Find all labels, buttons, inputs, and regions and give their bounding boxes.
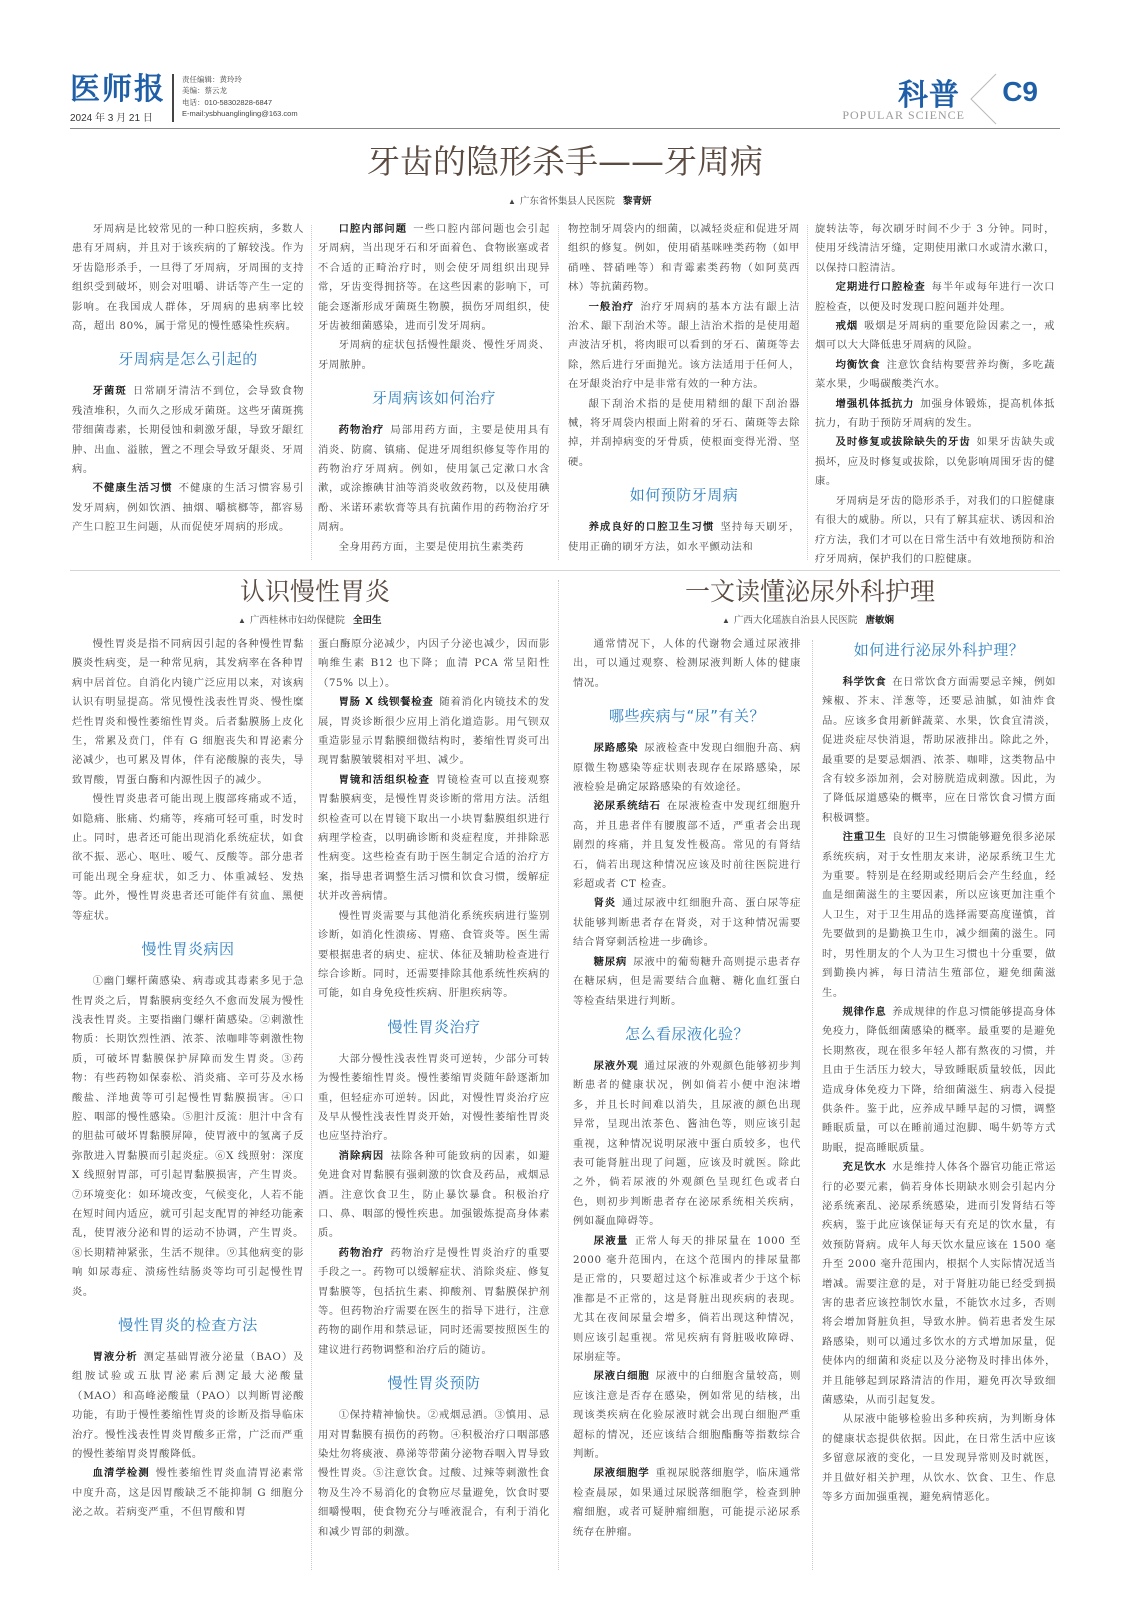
chevron-left-icon bbox=[968, 72, 998, 126]
paragraph: 药物治疗局部用药方面，主要是使用具有消炎、防腐、镇痛、促进牙周组织修复等作用的药… bbox=[318, 421, 550, 537]
paragraph: 通常情况下，人体的代谢物会通过尿液排出，可以通过观察、检测尿液判断人体的健康情况… bbox=[573, 635, 801, 693]
paragraph: 药物治疗药物治疗是慢性胃炎治疗的重要手段之一。药物可以缓解症状、消除炎症、修复胃… bbox=[318, 1244, 550, 1360]
byline-org: 广西大化瑶族自治县人民医院 bbox=[734, 615, 858, 626]
credit-phone: 电话：010-58302828-6847 bbox=[182, 97, 298, 108]
column-divider bbox=[311, 225, 312, 560]
paragraph: 胃镜和活组织检查胃镜检查可以直接观察胃黏膜病变，是慢性胃炎诊断的常用方法。活组织… bbox=[318, 771, 550, 907]
article1-column-3: 物控制牙周袋内的细菌，以减轻炎症和促进牙周组织的修复。例如，使用硝基咪唑类药物（… bbox=[568, 220, 800, 557]
paragraph: 物控制牙周袋内的细菌，以减轻炎症和促进牙周组织的修复。例如，使用硝基咪唑类药物（… bbox=[568, 220, 800, 298]
paragraph: 牙菌斑日常刷牙清洁不到位，会导致食物残渣堆积，久而久之形成牙菌斑。这些牙菌斑携带… bbox=[72, 382, 304, 479]
masthead-rule bbox=[70, 128, 1060, 129]
paragraph: ①幽门螺杆菌感染、病毒或其毒素多见于急性胃炎之后，胃黏膜病变经久不愈而发展为慢性… bbox=[72, 972, 304, 1302]
paragraph: 科学饮食在日常饮食方面需要忌辛辣，例如辣椒、芥末、洋葱等，还要忌油腻，如油炸食品… bbox=[822, 673, 1056, 828]
article-title: 认识慢性胃炎 bbox=[70, 575, 560, 609]
byline-org: 广西桂林市妇幼保健院 bbox=[250, 615, 345, 626]
column-divider bbox=[807, 225, 808, 560]
paragraph: 尿液细胞学重视尿脱落细胞学，临床通常检查晨尿，如果通过尿脱落细胞学，检查到肿瘤细… bbox=[573, 1464, 801, 1542]
paragraph: 戒烟吸烟是牙周病的重要危险因素之一，戒烟可以大大降低患牙周病的风险。 bbox=[815, 317, 1055, 356]
section-name-english: POPULAR SCIENCE bbox=[842, 108, 965, 123]
paragraph: 消除病因祛除各种可能致病的因素，如避免进食对胃黏膜有强刺激的饮食及药品，戒烟忌酒… bbox=[318, 1147, 550, 1244]
paragraph: 尿液白细胞尿液中的白细胞含量较高，则应该注意是否存在感染，例如常见的结核，出现该… bbox=[573, 1367, 801, 1464]
paragraph: 注重卫生良好的卫生习惯能够避免很多泌尿系统疾病，对于女性朋友来讲，泌尿系统卫生尤… bbox=[822, 828, 1056, 1003]
paragraph: 胃液分析测定基础胃液分泌量（BAO）及组胺试验或五肽胃泌素后测定最大泌酸量（MA… bbox=[72, 1348, 304, 1464]
paragraph: 牙周病是比较常见的一种口腔疾病，多数人患有牙周病，并且对于该疾病的了解较浅。作为… bbox=[72, 220, 304, 336]
paragraph: 规律作息养成规律的作息习惯能够提高身体免疫力，降低细菌感染的概率。最重要的是避免… bbox=[822, 1003, 1056, 1158]
credit-email[interactable]: E-mail:ysbhuanglingling@163.com bbox=[182, 108, 298, 119]
section-heading: 慢性胃炎治疗 bbox=[318, 1016, 550, 1038]
article1-column-2: 口腔内部问题一些口腔内部问题也会引起牙周病，当出现牙石和牙面着色、食物嵌塞或者不… bbox=[318, 220, 550, 557]
paragraph: 及时修复或拔除缺失的牙齿如果牙齿缺失或损坏，应及时修复或拔除，以免影响周围牙齿的… bbox=[815, 433, 1055, 491]
page-number: C9 bbox=[1002, 76, 1038, 108]
column-divider bbox=[311, 640, 312, 1570]
paragraph: 增强机体抵抗力加强身体锻炼，提高机体抵抗力，有助于预防牙周病的发生。 bbox=[815, 395, 1055, 434]
section-heading: 如何预防牙周病 bbox=[568, 484, 800, 506]
paragraph: 口腔内部问题一些口腔内部问题也会引起牙周病，当出现牙石和牙面着色、食物嵌塞或者不… bbox=[318, 220, 550, 336]
section-heading: 如何进行泌尿外科护理？ bbox=[822, 639, 1056, 661]
triangle-icon: ▲ bbox=[508, 197, 516, 206]
paragraph: 慢性胃炎是指不同病因引起的各种慢性胃黏膜炎性病变，是一种常见病，其发病率在各种胃… bbox=[72, 635, 304, 790]
paragraph: 牙周病是牙齿的隐形杀手，对我们的口腔健康有很大的威胁。所以，只有了解其症状、诱因… bbox=[815, 492, 1055, 570]
editor-credits: 责任编辑：黄玲玲 美编：蔡云龙 电话：010-58302828-6847 E-m… bbox=[182, 74, 298, 119]
triangle-icon: ▲ bbox=[238, 616, 246, 625]
article2-column-2: 蛋白酶原分泌减少，内因子分泌也减少，因而影响维生素 B12 也下降；血清 PCA… bbox=[318, 635, 550, 1542]
paragraph: 牙周病的症状包括慢性龈炎、慢性牙周炎、牙周脓肿。 bbox=[318, 336, 550, 375]
section-heading: 慢性胃炎病因 bbox=[72, 938, 304, 960]
article1-column-4: 旋转法等，每次刷牙时间不少于 3 分钟。同时，使用牙线清洁牙缝，定期使用漱口水或… bbox=[815, 220, 1055, 569]
issue-date: 2024 年 3 月 21 日 bbox=[70, 109, 153, 124]
byline-author: 全田生 bbox=[353, 615, 382, 626]
paragraph: 均衡饮食注意饮食结构要营养均衡，多吃蔬菜水果，少喝碳酸类汽水。 bbox=[815, 356, 1055, 395]
column-divider bbox=[558, 225, 559, 560]
paragraph: 从尿液中能够检验出多种疾病，为判断身体的健康状态提供依据。因此，在日常生活中应该… bbox=[822, 1410, 1056, 1507]
paragraph: 泌尿系统结石在尿液检查中发现红细胞升高，并且患者伴有腰腹部不适，严重者会出现剧烈… bbox=[573, 797, 801, 894]
section-heading: 慢性胃炎预防 bbox=[318, 1372, 550, 1394]
article-separator bbox=[70, 570, 1060, 571]
masthead-divider bbox=[172, 74, 174, 122]
paragraph: 蛋白酶原分泌减少，内因子分泌也减少，因而影响维生素 B12 也下降；血清 PCA… bbox=[318, 635, 550, 693]
paragraph: 大部分慢性浅表性胃炎可逆转，少部分可转为慢性萎缩性胃炎。慢性萎缩胃炎随年龄逐渐加… bbox=[318, 1050, 550, 1147]
article3-column-1: 通常情况下，人体的代谢物会通过尿液排出，可以通过观察、检测尿液判断人体的健康情况… bbox=[573, 635, 801, 1542]
article-divider bbox=[558, 580, 559, 1570]
article-title: 牙齿的隐形杀手——牙周病 bbox=[70, 140, 1060, 184]
paragraph: ①保持精神愉快。②戒烟忌酒。③慎用、忌用对胃黏膜有损伤的药物。④积极治疗口咽部感… bbox=[318, 1406, 550, 1542]
paragraph: 养成良好的口腔卫生习惯坚持每天刷牙，使用正确的刷牙方法，如水平颤动法和 bbox=[568, 518, 800, 557]
newspaper-logo: 医师报 bbox=[70, 74, 166, 106]
paragraph: 旋转法等，每次刷牙时间不少于 3 分钟。同时，使用牙线清洁牙缝，定期使用漱口水或… bbox=[815, 220, 1055, 278]
paragraph: 胃肠 X 线钡餐检查随着消化内镜技术的发展，胃炎诊断很少应用上消化道造影。用气钡… bbox=[318, 693, 550, 771]
byline-author: 黎青妍 bbox=[623, 196, 652, 207]
paragraph: 慢性胃炎患者可能出现上腹部疼痛或不适，如隐痛、胀痛、灼痛等，疼痛可轻可重，时发时… bbox=[72, 790, 304, 926]
paragraph: 肾炎通过尿液中红细胞升高、蛋白尿等症状能够判断患者存在肾炎，对于这种情况需要结合… bbox=[573, 894, 801, 952]
article-byline: ▲广西大化瑶族自治县人民医院唐敏娴 bbox=[722, 612, 894, 626]
section-heading: 哪些疾病与“尿”有关？ bbox=[573, 705, 801, 727]
paragraph: 慢性胃炎需要与其他消化系统疾病进行鉴别诊断，如消化性溃疡、胃癌、食管炎等。医生需… bbox=[318, 907, 550, 1004]
paragraph: 龈下刮治术指的是使用精细的龈下刮治器械，将牙周袋内根面上附着的牙石、菌斑等去除掉… bbox=[568, 395, 800, 473]
paragraph: 充足饮水水是维持人体各个器官功能正常运行的必要元素，倘若身体长期缺水则会引起内分… bbox=[822, 1158, 1056, 1410]
credit-editor: 责任编辑：黄玲玲 bbox=[182, 74, 298, 85]
paragraph: 血清学检测慢性萎缩性胃炎血清胃泌素常中度升高，这是因胃酸缺乏不能抑制 G 细胞分… bbox=[72, 1464, 304, 1522]
article3-column-2: 如何进行泌尿外科护理？ 科学饮食在日常饮食方面需要忌辛辣，例如辣椒、芥末、洋葱等… bbox=[822, 635, 1056, 1507]
triangle-icon: ▲ bbox=[722, 616, 730, 625]
article2-column-1: 慢性胃炎是指不同病因引起的各种慢性胃黏膜炎性病变，是一种常见病，其发病率在各种胃… bbox=[72, 635, 304, 1523]
paragraph: 定期进行口腔检查每半年或每年进行一次口腔检查，以便及时发现口腔问题并处理。 bbox=[815, 278, 1055, 317]
paragraph: 一般治疗治疗牙周病的基本方法有龈上洁治术、龈下刮治术等。龈上洁治术指的是使用超声… bbox=[568, 298, 800, 395]
credit-designer: 美编：蔡云龙 bbox=[182, 85, 298, 96]
column-divider bbox=[812, 640, 813, 1570]
article-byline: ▲广东省怀集县人民医院黎青妍 bbox=[508, 193, 651, 207]
paragraph: 不健康生活习惯不健康的生活习惯容易引发牙周病，例如饮酒、抽烟、嚼槟榔等，都容易产… bbox=[72, 479, 304, 537]
paragraph: 尿路感染尿液检查中发现白细胞升高、病原微生物感染等症状则表现存在尿路感染，尿液检… bbox=[573, 739, 801, 797]
section-heading: 牙周病该如何治疗 bbox=[318, 387, 550, 409]
byline-author: 唐敏娴 bbox=[865, 615, 894, 626]
paragraph: 全身用药方面，主要是使用抗生素类药 bbox=[318, 538, 550, 557]
article1-column-1: 牙周病是比较常见的一种口腔疾病，多数人患有牙周病，并且对于该疾病的了解较浅。作为… bbox=[72, 220, 304, 538]
section-heading: 慢性胃炎的检查方法 bbox=[72, 1314, 304, 1336]
paragraph: 糖尿病尿液中的葡萄糖升高则提示患者存在糖尿病，但是需要结合血糖、糖化血红蛋白等检… bbox=[573, 953, 801, 1011]
article-title: 一文读懂泌尿外科护理 bbox=[560, 575, 1060, 609]
section-heading: 怎么看尿液化验？ bbox=[573, 1023, 801, 1045]
masthead: 医师报 2024 年 3 月 21 日 责任编辑：黄玲玲 美编：蔡云龙 电话：0… bbox=[70, 70, 1060, 126]
byline-org: 广东省怀集县人民医院 bbox=[520, 196, 615, 207]
article-byline: ▲广西桂林市妇幼保健院全田生 bbox=[238, 612, 381, 626]
paragraph: 尿液外观通过尿液的外观颜色能够初步判断患者的健康状况，例如倘若小便中泡沫增多，并… bbox=[573, 1057, 801, 1232]
paragraph: 尿液量正常人每天的排尿量在 1000 至 2000 毫升范围内，在这个范围内的排… bbox=[573, 1232, 801, 1368]
section-heading: 牙周病是怎么引起的 bbox=[72, 348, 304, 370]
